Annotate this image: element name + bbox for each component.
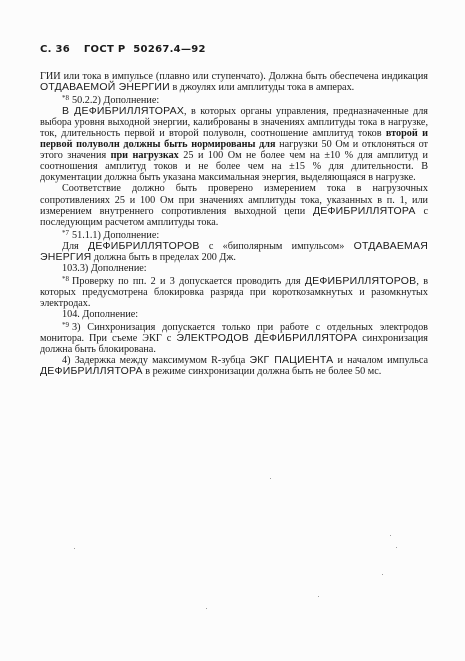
text: с «биполярным импульсом» (200, 241, 354, 252)
defined-term: ЭКГ ПАЦИЕНТА (249, 354, 333, 366)
clause-heading-104: 104. Дополнение: (40, 309, 428, 320)
scan-speck (396, 547, 397, 548)
defined-term: ОТДАВАЕМОЙ ЭНЕРГИИ (40, 81, 170, 93)
text: в джоулях или амплитуды тока в амперах. (170, 82, 354, 93)
footnote-marker: *8 (62, 275, 69, 283)
page-header: С. 36 ГОСТ Р 50267.4—92 (40, 44, 428, 56)
page-number: С. 36 (40, 44, 70, 55)
scan-speck (74, 548, 75, 549)
bold-text: при нагрузках (111, 150, 179, 161)
scan-speck (206, 608, 207, 609)
paragraph-biphasic-energy: Для ДЕФИБРИЛЛЯТОРОВ с «биполярным импуль… (40, 241, 428, 263)
defined-term: ДЕФИБРИЛЛЯТОРА (313, 205, 416, 217)
scan-speck (382, 574, 383, 575)
footnote-marker: *9 (62, 321, 69, 329)
paragraph-delay: 4) Задержка между максимумом R-зубца ЭКГ… (40, 355, 428, 377)
standard-number: 50267.4—92 (133, 44, 205, 55)
scan-speck (318, 596, 319, 597)
standard-label: ГОСТ Р (84, 44, 126, 55)
clause-title: 103.3) Дополнение: (62, 263, 147, 274)
footnote-marker: *7 (62, 229, 69, 237)
text: и началом импульса (333, 355, 428, 366)
text: в режиме синхронизации должна быть не бо… (143, 366, 382, 377)
defined-term: ДЕФИБРИЛЛЯТОРОВ (88, 240, 200, 252)
defined-term: ЭЛЕКТРОДОВ ДЕФИБРИЛЛЯТОРА (176, 332, 357, 344)
paragraph-verification: *8Проверку по пп. 2 и 3 допускается пров… (40, 274, 428, 309)
text: должна быть в пределах 200 Дж. (91, 252, 236, 263)
scan-speck (270, 478, 271, 479)
clause-heading-103-3: 103.3) Дополнение: (40, 263, 428, 274)
paragraph-continuation: ГИИ или тока в импульсе (плавно или ступ… (40, 71, 428, 93)
defined-term: ДЕФИБРИЛЛЯТОРА (40, 365, 143, 377)
clause-title: 104. Дополнение: (62, 309, 138, 320)
paragraph-synchronization: *93) Синхронизация допускается только пр… (40, 320, 428, 355)
paragraph-defibrillator-calibration: В ДЕФИБРИЛЛЯТОРАХ, в которых органы упра… (40, 106, 428, 183)
defined-term: ДЕФИБРИЛЛЯТОРОВ (305, 275, 417, 287)
text: Проверку по пп. 2 и 3 допускается провод… (72, 276, 305, 287)
paragraph-compliance: Соответствие должно быть проверено измер… (40, 183, 428, 227)
scan-speck (390, 535, 391, 536)
document-page: С. 36 ГОСТ Р 50267.4—92 ГИИ или тока в и… (40, 44, 428, 377)
footnote-marker: *8 (62, 94, 69, 102)
defined-term: В ДЕФИБРИЛЛЯТОРАХ (62, 105, 184, 117)
